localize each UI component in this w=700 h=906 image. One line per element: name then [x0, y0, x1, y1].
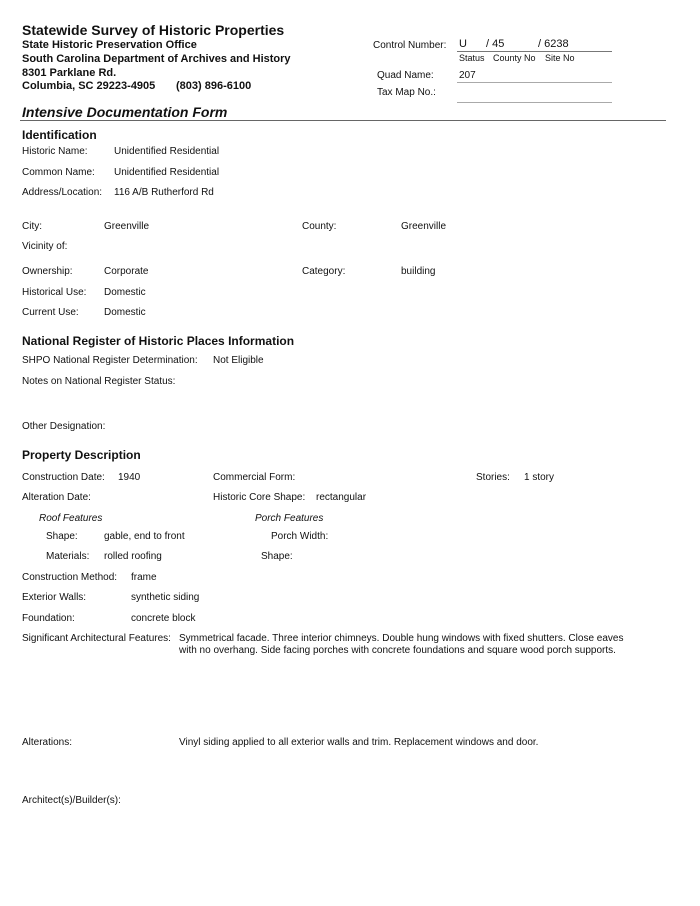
- city-zip: Columbia, SC 29223-4905: [22, 80, 155, 92]
- nr-notes-label: Notes on National Register Status:: [22, 376, 175, 387]
- tax-map-label: Tax Map No.:: [377, 87, 436, 98]
- construction-method-label: Construction Method:: [22, 572, 117, 583]
- control-county-value: / 45: [486, 38, 504, 50]
- stories-value: 1 story: [524, 472, 554, 483]
- vicinity-label: Vicinity of:: [22, 241, 67, 252]
- city-label: City:: [22, 221, 42, 232]
- control-site-value: / 6238: [538, 38, 569, 50]
- department-name: South Carolina Department of Archives an…: [22, 53, 291, 65]
- roof-features-heading: Roof Features: [39, 513, 102, 524]
- common-name-label: Common Name:: [22, 167, 95, 178]
- foundation-value: concrete block: [131, 613, 195, 624]
- county-label: County:: [302, 221, 336, 232]
- category-value: building: [401, 266, 435, 277]
- form-title: Intensive Documentation Form: [22, 104, 227, 120]
- foundation-label: Foundation:: [22, 613, 75, 624]
- historical-use-label: Historical Use:: [22, 287, 86, 298]
- current-use-label: Current Use:: [22, 307, 79, 318]
- survey-title: Statewide Survey of Historic Properties: [22, 22, 284, 38]
- site-no-caption: Site No: [545, 53, 575, 63]
- quad-name-value: 207: [459, 70, 476, 81]
- category-label: Category:: [302, 266, 345, 277]
- construction-date-label: Construction Date:: [22, 472, 105, 483]
- property-description-heading: Property Description: [22, 448, 141, 462]
- title-rule: [20, 120, 666, 121]
- city-value: Greenville: [104, 221, 149, 232]
- construction-method-value: frame: [131, 572, 157, 583]
- control-number-label: Control Number:: [373, 40, 446, 51]
- porch-shape-label: Shape:: [261, 551, 293, 562]
- address-label: Address/Location:: [22, 187, 102, 198]
- control-status-value: U: [459, 38, 467, 50]
- quad-name-rule: [457, 82, 612, 83]
- shpo-determination-value: Not Eligible: [213, 355, 264, 366]
- phone-number: (803) 896-6100: [176, 80, 251, 92]
- address-value: 116 A/B Rutherford Rd: [114, 187, 214, 198]
- stories-label: Stories:: [476, 472, 510, 483]
- roof-shape-value: gable, end to front: [104, 531, 185, 542]
- architectural-features-value: Symmetrical facade. Three interior chimn…: [179, 633, 629, 657]
- alterations-label: Alterations:: [22, 737, 72, 748]
- roof-shape-label: Shape:: [46, 531, 78, 542]
- historical-use-value: Domestic: [104, 287, 146, 298]
- alterations-value: Vinyl siding applied to all exterior wal…: [179, 737, 538, 748]
- current-use-value: Domestic: [104, 307, 146, 318]
- historic-name-value: Unidentified Residential: [114, 146, 219, 157]
- construction-date-value: 1940: [118, 472, 140, 483]
- quad-name-label: Quad Name:: [377, 70, 434, 81]
- shpo-determination-label: SHPO National Register Determination:: [22, 355, 198, 366]
- core-shape-value: rectangular: [316, 492, 366, 503]
- ownership-value: Corporate: [104, 266, 148, 277]
- control-number-rule: [457, 51, 612, 52]
- exterior-walls-value: synthetic siding: [131, 592, 199, 603]
- roof-materials-value: rolled roofing: [104, 551, 162, 562]
- national-register-heading: National Register of Historic Places Inf…: [22, 334, 294, 348]
- other-designation-label: Other Designation:: [22, 421, 105, 432]
- alteration-date-label: Alteration Date:: [22, 492, 91, 503]
- common-name-value: Unidentified Residential: [114, 167, 219, 178]
- architect-builder-label: Architect(s)/Builder(s):: [22, 795, 121, 806]
- street-address: 8301 Parklane Rd.: [22, 67, 116, 79]
- exterior-walls-label: Exterior Walls:: [22, 592, 86, 603]
- county-value: Greenville: [401, 221, 446, 232]
- porch-width-label: Porch Width:: [271, 531, 328, 542]
- porch-features-heading: Porch Features: [255, 513, 323, 524]
- roof-materials-label: Materials:: [46, 551, 89, 562]
- ownership-label: Ownership:: [22, 266, 73, 277]
- office-name: State Historic Preservation Office: [22, 39, 197, 51]
- commercial-form-label: Commercial Form:: [213, 472, 295, 483]
- status-caption: Status: [459, 53, 485, 63]
- core-shape-label: Historic Core Shape:: [213, 492, 305, 503]
- identification-heading: Identification: [22, 128, 97, 142]
- tax-map-rule: [457, 102, 612, 103]
- historic-name-label: Historic Name:: [22, 146, 88, 157]
- county-no-caption: County No: [493, 53, 536, 63]
- architectural-features-label: Significant Architectural Features:: [22, 633, 171, 644]
